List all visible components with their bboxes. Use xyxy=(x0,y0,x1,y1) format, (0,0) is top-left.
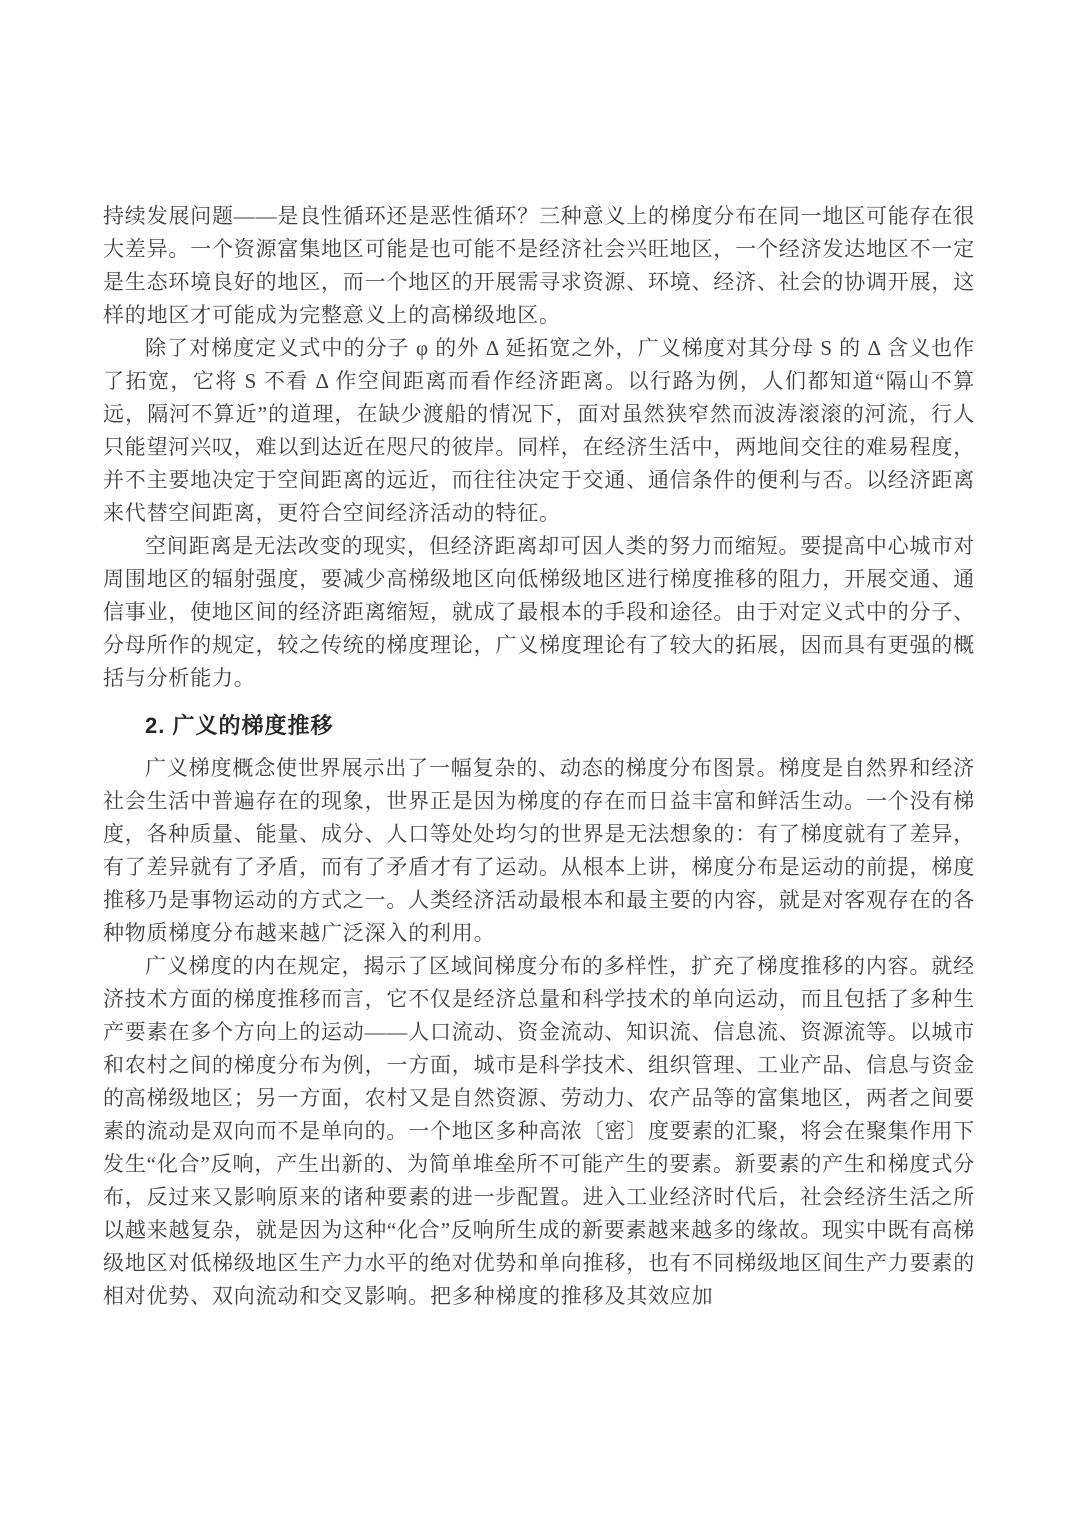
paragraph-gradient-definition: 除了对梯度定义式中的分子 φ 的外 Δ 延拓宽之外，广义梯度对其分母 S 的 Δ… xyxy=(103,332,975,530)
paragraph-economic-distance: 空间距离是无法改变的现实，但经济距离却可因人类的努力而缩短。要提高中心城市对周围… xyxy=(103,530,975,695)
document-page: 持续发展问题——是良性循环还是恶性循环？三种意义上的梯度分布在同一地区可能存在很… xyxy=(0,0,1075,1518)
section-heading: 2. 广义的梯度推移 xyxy=(145,709,975,742)
paragraph-continuation: 持续发展问题——是良性循环还是恶性循环？三种意义上的梯度分布在同一地区可能存在很… xyxy=(103,200,975,332)
paragraph-gradient-shift-intro: 广义梯度概念使世界展示出了一幅复杂的、动态的梯度分布图景。梯度是自然界和经济社会… xyxy=(103,752,975,950)
paragraph-gradient-shift-content: 广义梯度的内在规定，揭示了区域间梯度分布的多样性，扩充了梯度推移的内容。就经济技… xyxy=(103,950,975,1313)
text-column: 持续发展问题——是良性循环还是恶性循环？三种意义上的梯度分布在同一地区可能存在很… xyxy=(103,200,975,1313)
